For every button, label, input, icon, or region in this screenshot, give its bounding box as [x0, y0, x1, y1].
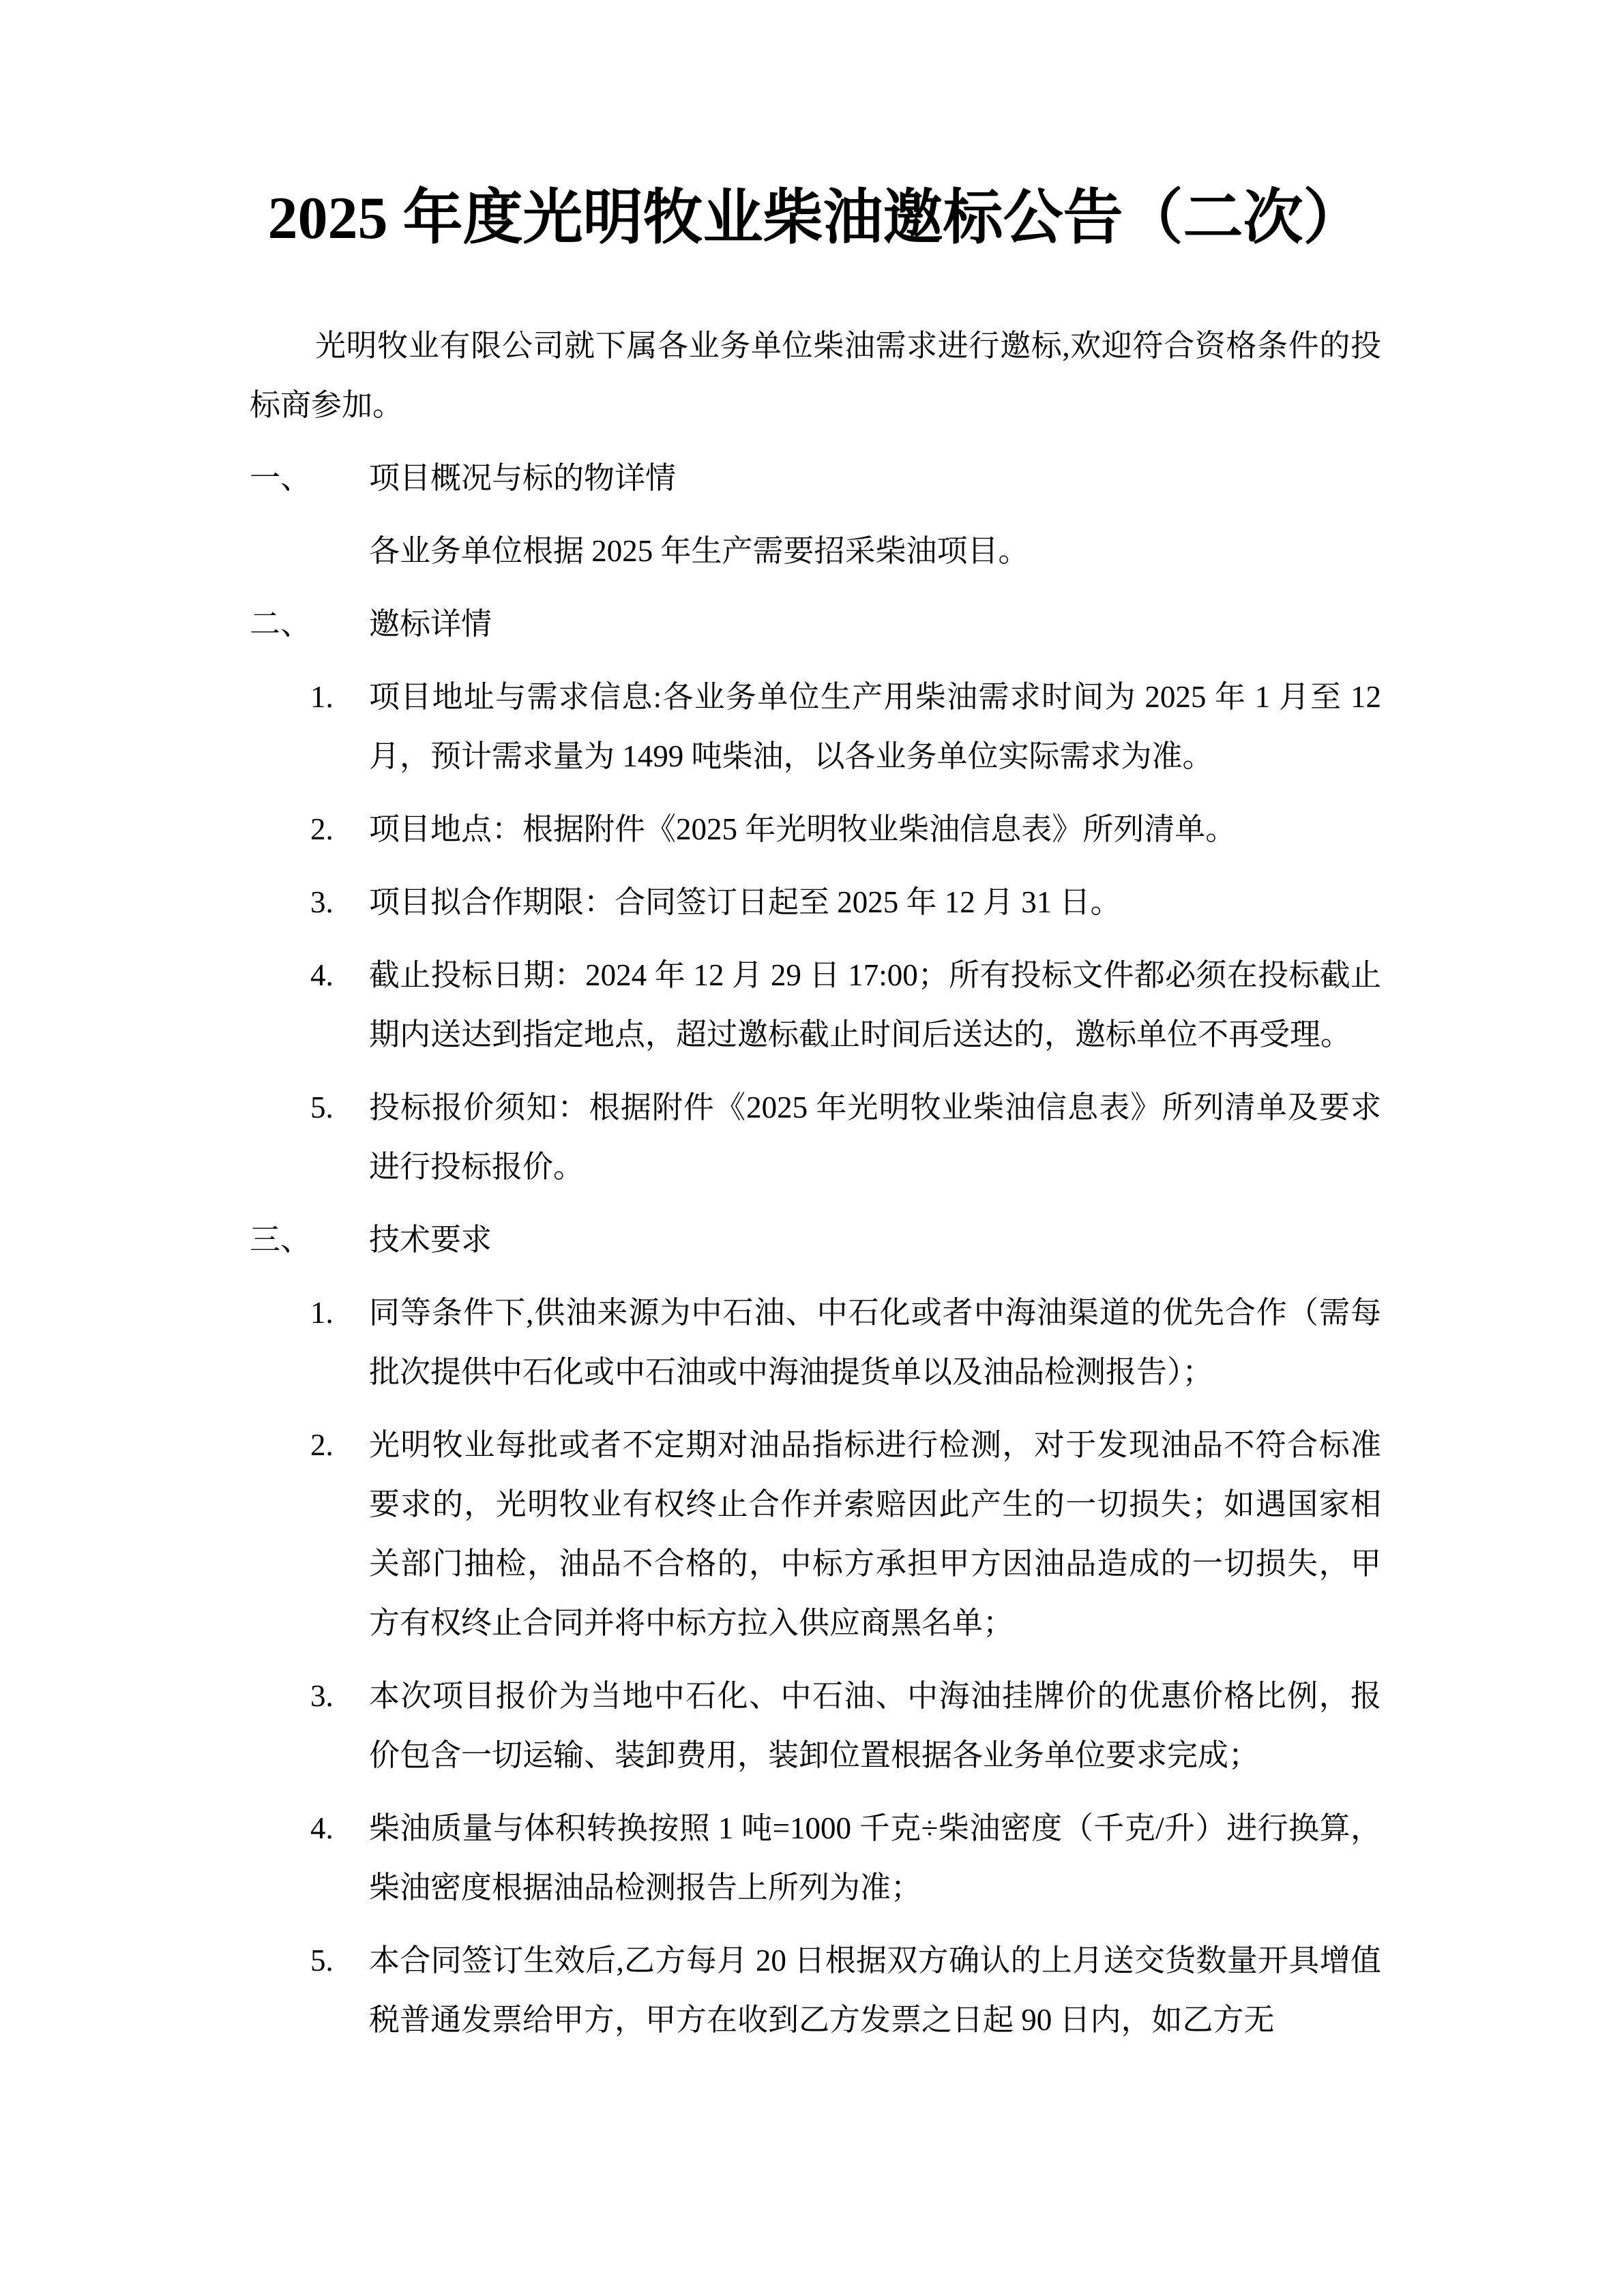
- item-text: 项目地址与需求信息:各业务单位生产用柴油需求时间为 2025 年 1 月至 12…: [369, 680, 1381, 773]
- section-3-title: 技术要求: [369, 1210, 1381, 1270]
- item-number: 2.: [310, 1416, 365, 1475]
- document-content: 2025 年度光明牧业柴油邀标公告（二次） 光明牧业有限公司就下属各业务单位柴油…: [250, 0, 1381, 2063]
- item-text: 投标报价须知：根据附件《2025 年光明牧业柴油信息表》所列清单及要求进行投标报…: [369, 1090, 1381, 1184]
- section-1-title: 项目概况与标的物详情: [369, 449, 1381, 508]
- section-heading-2: 二、 邀标详情: [250, 595, 1381, 654]
- document-title: 2025 年度光明牧业柴油邀标公告（二次）: [250, 184, 1381, 253]
- section-1-paragraph: 各业务单位根据 2025 年生产需要招采柴油项目。: [369, 522, 1381, 581]
- item-text: 项目地点：根据附件《2025 年光明牧业柴油信息表》所列清单。: [369, 812, 1236, 846]
- item-text: 光明牧业每批或者不定期对油品指标进行检测，对于发现油品不符合标准要求的，光明牧业…: [369, 1428, 1381, 1640]
- item-number: 1.: [310, 1283, 365, 1343]
- section-2-item-2: 2. 项目地点：根据附件《2025 年光明牧业柴油信息表》所列清单。: [250, 800, 1381, 859]
- section-heading-1: 一、 项目概况与标的物详情: [250, 449, 1381, 508]
- item-text: 同等条件下,供油来源为中石油、中石化或者中海油渠道的优先合作（需每批次提供中石化…: [369, 1296, 1381, 1389]
- section-2-title: 邀标详情: [369, 595, 1381, 654]
- section-3-item-5: 5. 本合同签订生效后,乙方每月 20 日根据双方确认的上月送交货数量开具增值税…: [250, 1931, 1381, 2050]
- item-number: 3.: [310, 873, 365, 932]
- section-2-label: 二、: [250, 595, 369, 654]
- item-number: 3.: [310, 1667, 365, 1726]
- section-1-label: 一、: [250, 449, 369, 508]
- document-page: 2025 年度光明牧业柴油邀标公告（二次） 光明牧业有限公司就下属各业务单位柴油…: [0, 0, 1624, 2296]
- section-heading-3: 三、 技术要求: [250, 1210, 1381, 1270]
- item-number: 5.: [310, 1931, 365, 1991]
- section-2-item-5: 5. 投标报价须知：根据附件《2025 年光明牧业柴油信息表》所列清单及要求进行…: [250, 1078, 1381, 1197]
- section-3-item-4: 4. 柴油质量与体积转换按照 1 吨=1000 千克÷柴油密度（千克/升）进行换…: [250, 1799, 1381, 1918]
- section-3-item-2: 2. 光明牧业每批或者不定期对油品指标进行检测，对于发现油品不符合标准要求的，光…: [250, 1416, 1381, 1653]
- section-3-item-3: 3. 本次项目报价为当地中石化、中石油、中海油挂牌价的优惠价格比例，报价包含一切…: [250, 1667, 1381, 1785]
- item-text: 本次项目报价为当地中石化、中石油、中海油挂牌价的优惠价格比例，报价包含一切运输、…: [369, 1679, 1381, 1772]
- section-2-item-4: 4. 截止投标日期：2024 年 12 月 29 日 17:00；所有投标文件都…: [250, 946, 1381, 1064]
- item-number: 4.: [310, 946, 365, 1005]
- item-text: 截止投标日期：2024 年 12 月 29 日 17:00；所有投标文件都必须在…: [369, 958, 1381, 1052]
- item-text: 柴油质量与体积转换按照 1 吨=1000 千克÷柴油密度（千克/升）进行换算，柴…: [369, 1811, 1381, 1905]
- item-text: 项目拟合作期限：合同签订日起至 2025 年 12 月 31 日。: [369, 885, 1121, 919]
- section-3-label: 三、: [250, 1210, 369, 1270]
- item-text: 本合同签订生效后,乙方每月 20 日根据双方确认的上月送交货数量开具增值税普通发…: [369, 1943, 1381, 2037]
- section-2-item-3: 3. 项目拟合作期限：合同签订日起至 2025 年 12 月 31 日。: [250, 873, 1381, 932]
- item-number: 1.: [310, 668, 365, 727]
- section-3-item-1: 1. 同等条件下,供油来源为中石油、中石化或者中海油渠道的优先合作（需每批次提供…: [250, 1283, 1381, 1402]
- item-number: 4.: [310, 1799, 365, 1858]
- section-2-item-1: 1. 项目地址与需求信息:各业务单位生产用柴油需求时间为 2025 年 1 月至…: [250, 668, 1381, 786]
- item-number: 5.: [310, 1078, 365, 1137]
- intro-paragraph: 光明牧业有限公司就下属各业务单位柴油需求进行邀标,欢迎符合资格条件的投标商参加。: [250, 316, 1381, 435]
- item-number: 2.: [310, 800, 365, 859]
